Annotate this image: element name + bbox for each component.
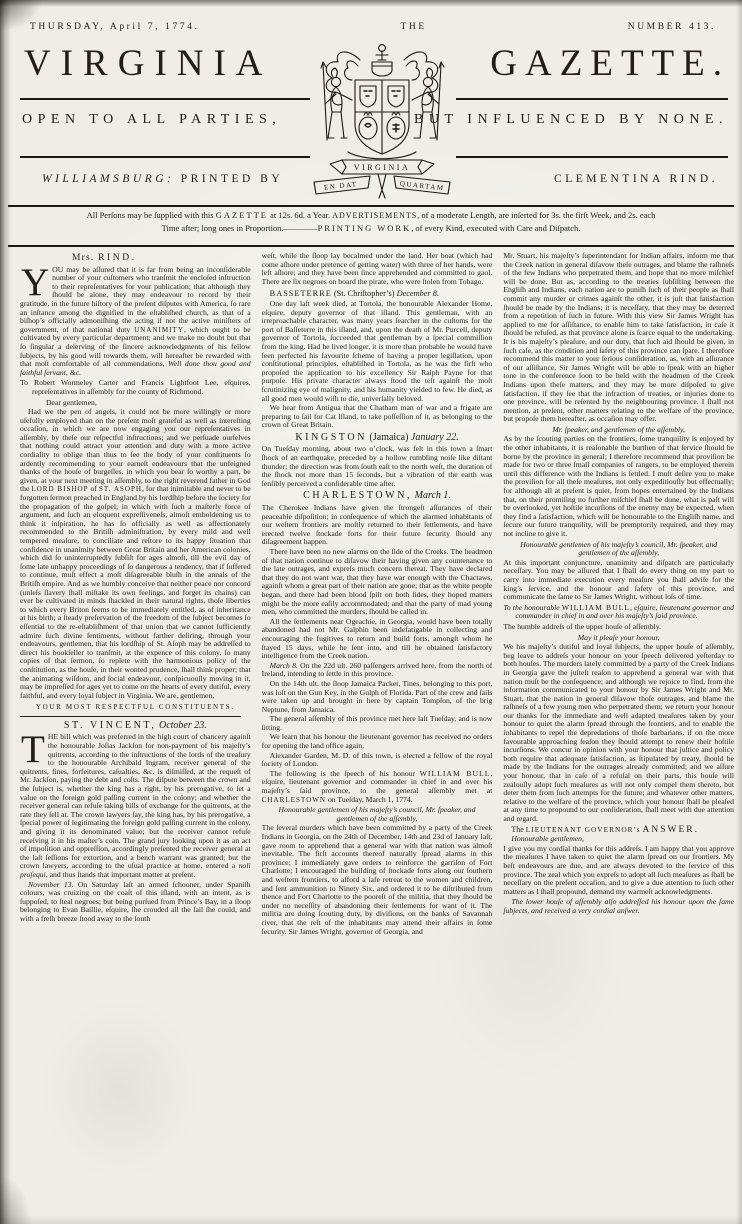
st-vincent-chancery-report: THE bill which was preferred in the high… xyxy=(20,733,251,879)
alexander-garden-note: Alexander Garden, M. D. of this town, is… xyxy=(262,752,493,769)
november-13-continuation: weſt, while the ſloop lay becalmed under… xyxy=(262,252,493,286)
header-rule-bottom xyxy=(8,245,734,247)
heading-charlestown: CHARLESTOWN, March 1. xyxy=(262,492,493,501)
masthead-virginia: VIRGINIA xyxy=(24,44,273,84)
address-to-representatives: To Robert Wormeley Carter and Francis Li… xyxy=(20,379,251,396)
scan-edge-top xyxy=(0,0,742,7)
folio-line: THURSDAY, April 7, 1774. THE NUMBER 413. xyxy=(30,22,716,32)
masthead-gazette: GAZETTE. xyxy=(490,44,730,84)
drop-cap: T xyxy=(21,735,45,765)
november-13-report: November 13. On Saturday laſt an armed ſ… xyxy=(20,881,251,924)
the-label: THE xyxy=(401,22,427,32)
crest-figure-body xyxy=(376,51,388,60)
drop-cap: Y xyxy=(21,268,49,298)
helmet xyxy=(372,62,392,76)
heading-basseterre: BASSETERRE (St. Chriſtopher’s) December … xyxy=(262,290,493,299)
left-supporter-body xyxy=(325,87,352,138)
rangers-recommendation: As by the ſcouting parties on the fronti… xyxy=(503,435,734,538)
crest-ribbon-text: VIRGINIA xyxy=(354,163,410,172)
kingston-earthquake-report: On Tueſday morning, about two o’clock, w… xyxy=(262,445,493,488)
motto-left: OPEN TO ALL PARTIES, xyxy=(22,112,281,128)
masthead-rule xyxy=(20,98,310,100)
antigua-report: We hear from Antigua that the Chatham ma… xyxy=(262,404,493,430)
virginia-coat-of-arms: VIRGINIA EN DAT QUARTAM xyxy=(308,40,456,204)
date-line: THURSDAY, April 7, 1774. xyxy=(30,22,200,32)
header-rule-top xyxy=(8,205,734,207)
bull-speech-body: The ſeveral murders which have been comm… xyxy=(262,824,493,936)
humble-address-title: The humble addreſs of the upper houſe of… xyxy=(503,623,734,632)
imprint-printed-by: PRINTED BY xyxy=(181,173,283,185)
speech-salutation: Honourable gentlemen of his majeſty’s co… xyxy=(268,806,487,823)
imprint-left: WILLIAMSBURG: PRINTED BY xyxy=(42,173,283,185)
bull-speech-continuation: Mr. Stuart, his majeſty’s ſuperintendant… xyxy=(503,252,734,424)
column-2: weſt, while the ſloop lay becalmed under… xyxy=(262,252,493,1218)
left-supporter-spear xyxy=(321,62,327,140)
constituents-signoff: YOUR MOST RESPECTFUL CONSTITUENTS. xyxy=(20,703,251,712)
speaker-salutation: Mr. ſpeaker, and gentlemen of the aſſemb… xyxy=(509,426,728,435)
instructions-letter: Had we the pen of angels, it could not b… xyxy=(20,408,251,700)
basseterre-obituary: One day laſt week died, at Tortola, the … xyxy=(262,300,493,403)
left-supporter-plume xyxy=(331,68,337,77)
mantling-right2 xyxy=(406,61,419,80)
governors-answer-body: I give you my cordial thanks for this ad… xyxy=(503,845,734,897)
article-columns: Mrs. RIND.YOU may be aſſured that it is … xyxy=(20,252,734,1218)
column-3: Mr. Stuart, his majeſty’s ſuperintendant… xyxy=(503,252,734,1218)
right-supporter-head xyxy=(423,77,432,86)
address-to-william-bull: To the honourable WILLIAM BULL, eſquire,… xyxy=(503,604,734,621)
letter-to-mrs-rind: YOU may be aſſured that it is far from b… xyxy=(20,266,251,378)
letter-greeting: Dear gentlemen, xyxy=(20,399,251,408)
heading-kingston: KINGSTON (Jamaica) January 22. xyxy=(262,434,493,443)
jamaica-packet-report: On the 14th ult. the ſloop Jamaica Packe… xyxy=(262,680,493,714)
masthead-rule xyxy=(456,156,728,158)
left-supporter-head xyxy=(331,77,340,86)
right-supporter-plume xyxy=(427,68,433,77)
bull-speech-intro: The following is the ſpeech of his honou… xyxy=(262,770,493,804)
ribbon-tassel xyxy=(378,174,386,198)
quarter3-escutcheon xyxy=(359,117,377,139)
unanimity-paragraph: At this important conjuncture, unanimity… xyxy=(503,559,734,602)
shield-quarter-lines xyxy=(355,80,409,153)
motto-right: BUT INFLUENCED BY NONE. xyxy=(414,112,728,128)
mantling-left2 xyxy=(345,61,358,80)
imprint-printer: CLEMENTINA RIND. xyxy=(554,173,718,185)
subscription: All Perſons may be ſupplied with this GA… xyxy=(14,210,728,236)
right-supporter-body xyxy=(412,87,439,138)
cherokee-report: The Cherokee Indians have given the ſtro… xyxy=(262,504,493,547)
masthead-rule xyxy=(20,156,310,158)
heading-st-vincent: ST. VINCENT, October 23. xyxy=(20,722,251,731)
letter-salutation: Mrs. RIND. xyxy=(72,254,251,263)
land-office-note: We learn that his honour the lieutenant … xyxy=(262,733,493,750)
column-1: Mrs. RIND.YOU may be aſſured that it is … xyxy=(20,252,251,1218)
answer-salutation: Honourable gentlemen, xyxy=(503,835,734,844)
imprint-williamsburg: WILLIAMSBURG: xyxy=(42,173,174,185)
subscription-line-2: Time after; long ones in Proportion.————… xyxy=(14,223,728,235)
upper-house-address: We his majeſty’s dutiful and loyal ſubje… xyxy=(503,643,734,823)
address-salutation: May it pleaſe your honour, xyxy=(509,634,728,643)
lower-house-note: The lower houſe of aſſembly alſo addreſſ… xyxy=(503,898,734,915)
heading-governors-answer: The LIEUTENANT GOVERNOR’s ANSWER. xyxy=(503,826,734,835)
section-divider-rule xyxy=(20,716,241,717)
ogeachie-report: All the ſettlements near Ogeachie, in Ge… xyxy=(262,618,493,661)
council-salutation: Honourable gentlemen of his majeſty’s co… xyxy=(509,541,728,558)
crest-figure-head xyxy=(379,45,386,52)
march-8-report: March 8. On the 22d ult. 260 paſſengers … xyxy=(262,662,493,679)
assembly-sitting-note: The general aſſembly of this province me… xyxy=(262,715,493,732)
creeks-report: There have been no new alarms on the ſid… xyxy=(262,548,493,617)
issue-number: NUMBER 413. xyxy=(628,22,716,32)
scan-edge-left xyxy=(0,0,11,1224)
right-supporter-spear xyxy=(437,62,444,140)
subscription-line-1: All Perſons may be ſupplied with this GA… xyxy=(14,210,728,222)
masthead-rule xyxy=(456,98,728,100)
newspaper-page: THURSDAY, April 7, 1774. THE NUMBER 413.… xyxy=(0,0,742,1224)
